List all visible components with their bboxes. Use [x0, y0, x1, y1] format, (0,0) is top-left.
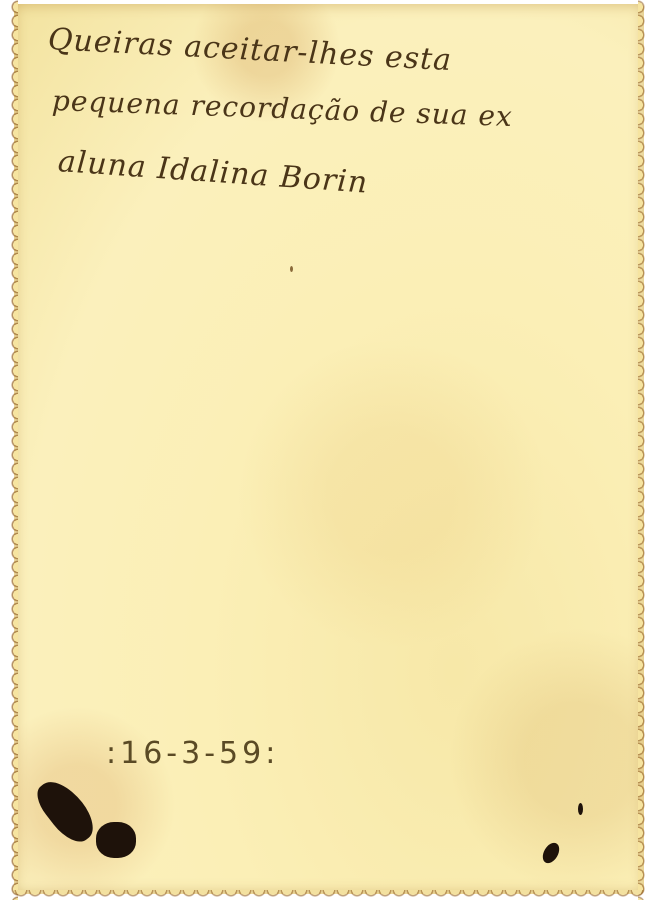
ink-dot [290, 266, 293, 272]
glue-stain [578, 803, 583, 815]
handwriting-line-1: Queiras aceitar-lhes esta [47, 22, 453, 78]
photo-back-card: Queiras aceitar-lhes esta pequena record… [14, 4, 644, 894]
deckle-edge-right [638, 0, 648, 900]
handwritten-date: :16-3-59: [106, 736, 279, 771]
deckle-edge-bottom [14, 890, 644, 900]
handwriting-line-3: aluna Idalina Borin [57, 144, 369, 201]
deckle-edge-left [8, 0, 18, 900]
glue-stain [96, 822, 136, 858]
handwriting-line-2: pequena recordação de sua ex [51, 84, 513, 133]
